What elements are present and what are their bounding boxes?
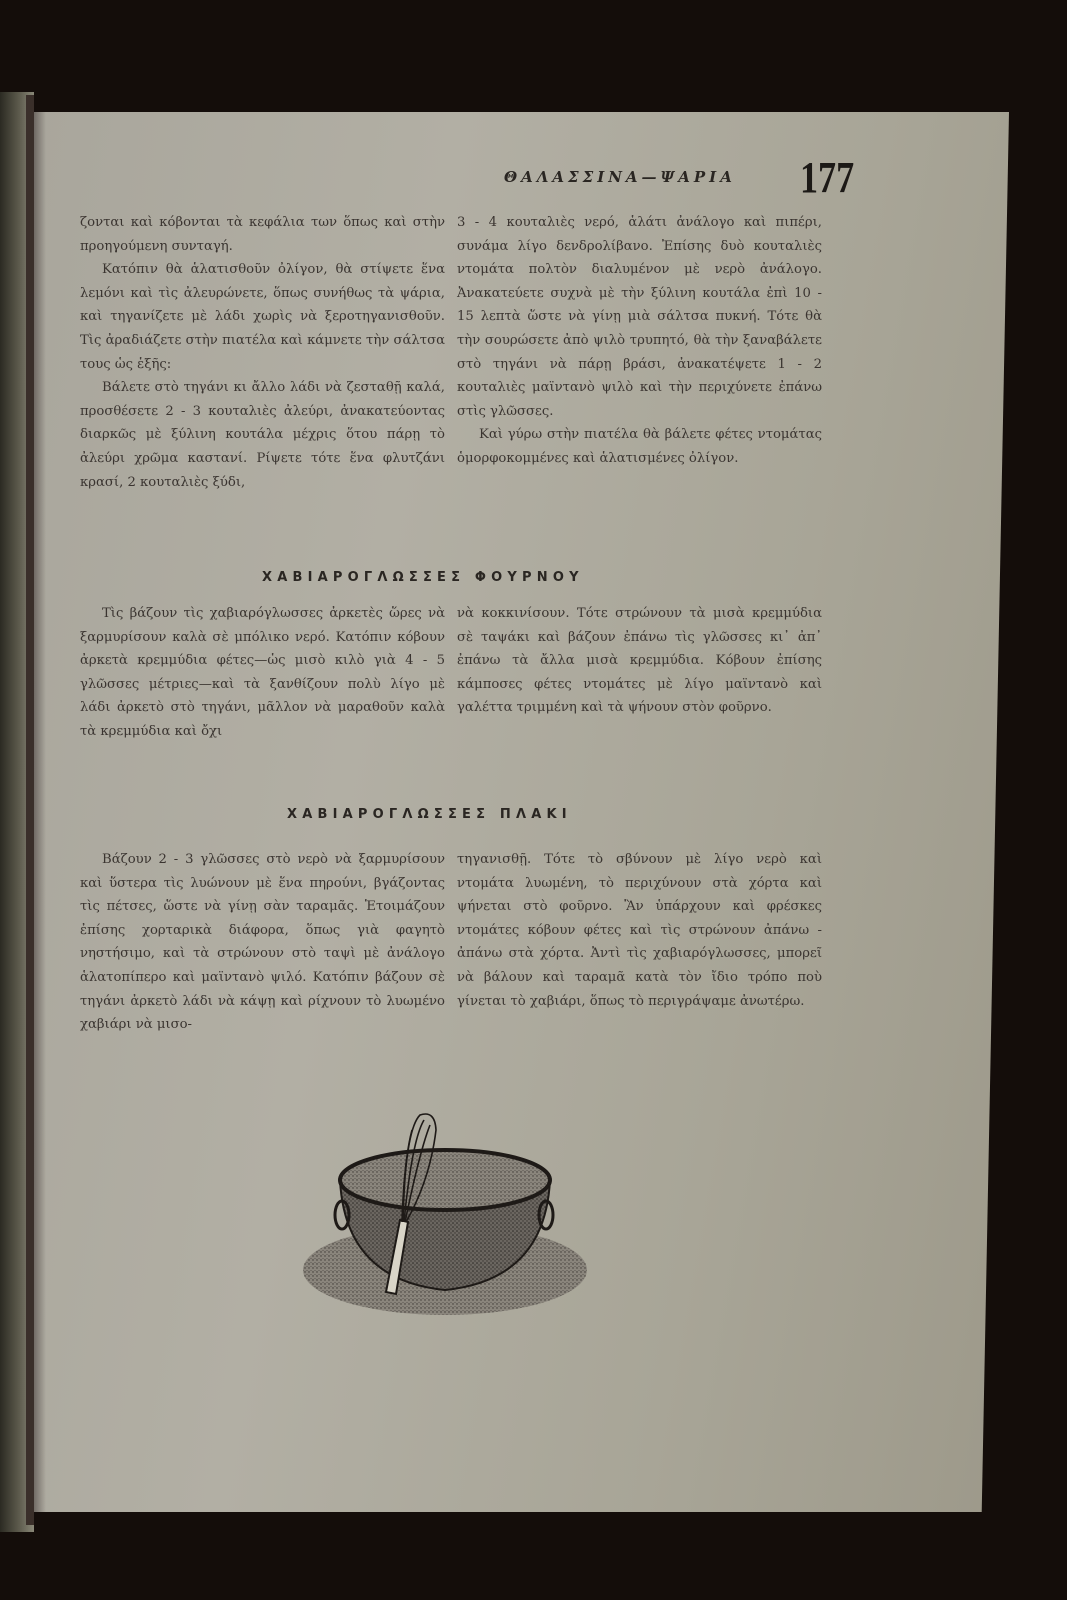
paragraph: ζονται καὶ κόβονται τὰ κεφάλια των ὅπως … xyxy=(80,211,445,258)
recipe-title-chavaroglosses-fournou: ΧΑΒΙΑΡΟΓΛΩΣΣΕΣ ΦΟΥΡΝΟΥ xyxy=(262,570,584,585)
mixing-bowl-with-whisk-icon xyxy=(300,1070,590,1320)
section1-left-column: ζονται καὶ κόβονται τὰ κεφάλια των ὅπως … xyxy=(80,211,445,494)
paragraph: Κατόπιν θὰ ἁλατισθοῦν ὀλίγον, θὰ στίψετε… xyxy=(80,258,445,376)
bowl-rim xyxy=(340,1150,550,1210)
book-spine-shadow xyxy=(26,95,34,1525)
section1-right-column: 3 - 4 κουταλιὲς νερό, ἁλάτι ἀνάλογο καὶ … xyxy=(457,211,822,471)
section3-right-column: τηγανισθῇ. Τότε τὸ σβύνουν μὲ λίγο νερὸ … xyxy=(457,848,822,1013)
section2-right-column: νὰ κοκκινίσουν. Τότε στρώνουν τὰ μισὰ κρ… xyxy=(457,602,822,720)
section3-left-column: Βάζουν 2 - 3 γλῶσσες στὸ νερὸ νὰ ξαρμυρί… xyxy=(80,848,445,1037)
page-number: 177 xyxy=(800,152,854,203)
section2-left-column: Τὶς βάζουν τὶς χαβιαρόγλωσσες ἀρκετὲς ὥρ… xyxy=(80,602,445,744)
paragraph: Βάλετε στὸ τηγάνι κι ἄλλο λάδι νὰ ζεσταθ… xyxy=(80,376,445,494)
gutter-shadow xyxy=(34,112,46,1512)
paragraph: 3 - 4 κουταλιὲς νερό, ἁλάτι ἀνάλογο καὶ … xyxy=(457,211,822,423)
running-title: ΘΑΛΑΣΣΙΝΑ—ΨΑΡΙΑ xyxy=(504,168,736,186)
paragraph: Τὶς βάζουν τὶς χαβιαρόγλωσσες ἀρκετὲς ὥρ… xyxy=(80,602,445,744)
paragraph: τηγανισθῇ. Τότε τὸ σβύνουν μὲ λίγο νερὸ … xyxy=(457,848,822,1013)
paragraph: Βάζουν 2 - 3 γλῶσσες στὸ νερὸ νὰ ξαρμυρί… xyxy=(80,848,445,1037)
paragraph: Καὶ γύρω στὴν πιατέλα θὰ βάλετε φέτες ντ… xyxy=(457,423,822,470)
paragraph: νὰ κοκκινίσουν. Τότε στρώνουν τὰ μισὰ κρ… xyxy=(457,602,822,720)
recipe-title-chavaroglosses-plaki: ΧΑΒΙΑΡΟΓΛΩΣΣΕΣ ΠΛΑΚΙ xyxy=(287,807,572,822)
